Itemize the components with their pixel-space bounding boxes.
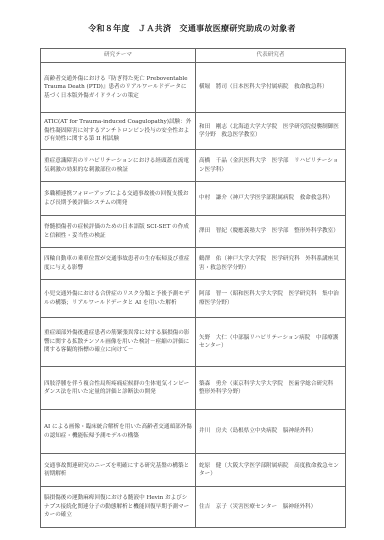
- researcher-cell: 井川 房夫（島根県立中央病院 脳神経外科）: [196, 410, 346, 454]
- researcher-cell: 和田 剛志（北海道大学大学院 医学研究院侵襲制御医学分野 救急医学教室）: [196, 113, 346, 150]
- researcher-cell: 高橋 千晶（金沢医科大学 医学部 リハビリテーション医学科）: [196, 150, 346, 182]
- research-theme-cell: 四肢浮腫を伴う複合性局所疼痛症候群の生体電気インピーダンス法を用いた定量的評価と…: [41, 367, 196, 410]
- table-row: 四肢浮腫を伴う複合性局所疼痛症候群の生体電気インピーダンス法を用いた定量的評価と…: [41, 367, 346, 410]
- table-row: AI による画像・臨床統合解析を用いた高齢者交通頭部外傷の認知症・機能転帰予測モ…: [41, 410, 346, 454]
- research-theme-cell: ATIC(AT for Trauma-induced Coagulopathy)…: [41, 113, 196, 150]
- column-header-researcher: 代表研究者: [196, 49, 346, 63]
- grant-recipients-table: 研究テーマ 代表研究者 高齢者交通外傷における『防ぎ得た死亡 Prebovent…: [40, 48, 346, 528]
- column-header-theme: 研究テーマ: [41, 49, 196, 63]
- research-theme-cell: 重症意識障害のリハビリテーションにおける経頭蓋直流電気刺激の効果的な刺激部位の検…: [41, 150, 196, 182]
- researcher-cell: 横堀 將司（日本医科大学付属病院 救命救急科）: [196, 63, 346, 113]
- table-row: 四輪自動車の乗車位置が交通事故患者の生存転帰及び重症度に与える影響 鶴澤 佑（神…: [41, 248, 346, 280]
- table-row: 脳損傷後の運動麻痺回復における髄液中 Hevin およびシナプス接続化関連分子の…: [41, 487, 346, 528]
- table-row: 小児交通外傷における合併症のリスク分類と予後予測モデルの構築；リアルワールドデー…: [41, 280, 346, 318]
- table-row: 交通事故関連研究のニーズを明確にする研究基盤の構築と初期解析 蛇原 健（大阪大学…: [41, 454, 346, 487]
- researcher-cell: 阿部 智一（昭和医科大学大学院 医学研究科 集中治療医学分野）: [196, 280, 346, 318]
- research-theme-cell: 多職種連携フォローアップによる交通事故後の回復支援および長期予後評価システムの開…: [41, 182, 196, 216]
- researcher-cell: 築森 勇介（東京科学大学大学院 医歯学総合研究科 整形外科学分野）: [196, 367, 346, 410]
- document-title: 令和８年度 ＪＡ共済 交通事故医療研究助成の対象者: [0, 23, 384, 34]
- research-theme-cell: 重症頭部外傷後遺症患者の筋緊張異常に対する脳損傷の影響に関する拡散テンソル画像を…: [41, 318, 196, 367]
- researcher-cell: 鶴澤 佑（神戸大学大学院 医学研究科 外科系講座災害・救急医学分野）: [196, 248, 346, 280]
- table-row: 脊髄損傷者の症候評価のための日本語版 SCI-SET の作成と信頼性・妥当性の検…: [41, 216, 346, 248]
- table-header-row: 研究テーマ 代表研究者: [41, 49, 346, 63]
- researcher-cell: 矢野 大仁（中部脳リハビリテーション病院 中部療護センター）: [196, 318, 346, 367]
- table-row: ATIC(AT for Trauma-induced Coagulopathy)…: [41, 113, 346, 150]
- researcher-cell: 澤田 智紀（慶應義塾大学 医学部 整形外科学教室）: [196, 216, 346, 248]
- table-row: 多職種連携フォローアップによる交通事故後の回復支援および長期予後評価システムの開…: [41, 182, 346, 216]
- research-theme-cell: 小児交通外傷における合併症のリスク分類と予後予測モデルの構築；リアルワールドデー…: [41, 280, 196, 318]
- researcher-cell: 住吉 京子（災害医療センター 脳神経外科）: [196, 487, 346, 528]
- research-theme-cell: 四輪自動車の乗車位置が交通事故患者の生存転帰及び重症度に与える影響: [41, 248, 196, 280]
- table-row: 高齢者交通外傷における『防ぎ得た死亡 Preboventable Trauma …: [41, 63, 346, 113]
- research-theme-cell: 交通事故関連研究のニーズを明確にする研究基盤の構築と初期解析: [41, 454, 196, 487]
- research-theme-cell: 脳損傷後の運動麻痺回復における髄液中 Hevin およびシナプス接続化関連分子の…: [41, 487, 196, 528]
- table-row: 重症意識障害のリハビリテーションにおける経頭蓋直流電気刺激の効果的な刺激部位の検…: [41, 150, 346, 182]
- researcher-cell: 蛇原 健（大阪大学医学部附属病院 高度救命救急センター）: [196, 454, 346, 487]
- table-row: 重症頭部外傷後遺症患者の筋緊張異常に対する脳損傷の影響に関する拡散テンソル画像を…: [41, 318, 346, 367]
- research-theme-cell: 脊髄損傷者の症候評価のための日本語版 SCI-SET の作成と信頼性・妥当性の検…: [41, 216, 196, 248]
- research-theme-cell: 高齢者交通外傷における『防ぎ得た死亡 Preboventable Trauma …: [41, 63, 196, 113]
- research-theme-cell: AI による画像・臨床統合解析を用いた高齢者交通頭部外傷の認知症・機能転帰予測モ…: [41, 410, 196, 454]
- researcher-cell: 中村 謙介（神戸大学医学部附属病院 救命救急科）: [196, 182, 346, 216]
